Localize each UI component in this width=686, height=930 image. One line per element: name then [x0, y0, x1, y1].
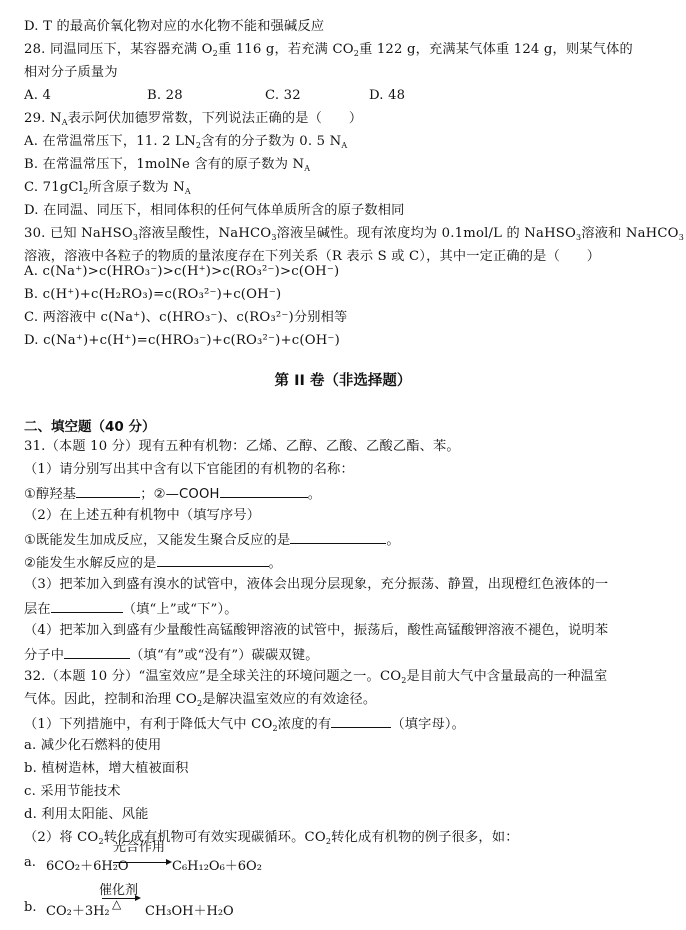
q32-text: 是目前大气中含量最高的一种温室	[407, 669, 608, 684]
q31-blank-4[interactable]	[157, 553, 269, 567]
q32-text: 是解决温室效应的有效途径。	[202, 692, 376, 707]
q28-stem-line1: 28. 同温同压下，某容器充满 O2重 116 g，若充满 CO2重 122 g…	[24, 41, 633, 59]
q31-part4-line2: 分子中（填“有”或“没有”）碳碳双键。	[24, 645, 319, 665]
q31-part2-1: ①既能发生加成反应，又能发生聚合反应的是。	[24, 530, 400, 550]
q31-part2-2: ②能发生水解反应的是。	[24, 553, 282, 573]
q31-stem: 31.（本题 10 分）现有五种有机物：乙烯、乙醇、乙酸、乙酸乙酯、苯。	[24, 438, 460, 456]
q29-c-text: C. 71gCl	[24, 180, 83, 195]
q31-part3-line2: 层在（填“上”或“下”）。	[24, 599, 238, 619]
reaction-a-reactants: 6CO₂＋6H₂O	[46, 855, 129, 874]
q29-a-text: 含有的分子数为 0. 5 N	[201, 134, 341, 149]
q30-option-b: B. c(H⁺)+c(H₂RO₃)=c(RO₃²⁻)+c(OH⁻)	[24, 286, 281, 304]
reaction-a-label: a.	[24, 855, 36, 870]
q31-blank-6[interactable]	[64, 645, 130, 659]
q29-text: 表示阿伏加德罗常数，下列说法正确的是（ ）	[68, 111, 363, 126]
q31-item2-label: ②—COOH	[154, 487, 220, 502]
q32-text: 气体。因此，控制和治理 CO	[24, 692, 197, 707]
reaction-b-products: CH₃OH＋H₂O	[145, 900, 234, 919]
q31-p3-text: （填“上”或“下”）。	[123, 602, 238, 617]
q31-p2-2-text: ②能发生水解反应的是	[24, 556, 157, 571]
q29-stem: 29. NA表示阿伏加德罗常数，下列说法正确的是（ ）	[24, 110, 362, 128]
q32-part2: （2）将 CO2转化成有机物可有效实现碳循环。CO2转化成有机物的例子很多，如：	[24, 829, 519, 847]
reaction-arrow-a	[113, 862, 168, 863]
q32-part1: （1）下列措施中，有利于降低大气中 CO2浓度的有（填字母）。	[24, 714, 465, 734]
q31-part4-line1: （4）把苯加入到盛有少量酸性高锰酸钾溶液的试管中，振荡后，酸性高锰酸钾溶液不褪色…	[24, 622, 608, 640]
q28-option-d: D. 48	[369, 87, 405, 105]
q28-options: A. 4B. 28C. 32D. 48	[24, 87, 405, 105]
q32-option-d: d. 利用太阳能、风能	[24, 806, 149, 824]
arrow-head-icon	[135, 895, 141, 901]
q30-text: 溶液和 NaHCO	[581, 226, 678, 241]
period: 。	[386, 533, 399, 548]
q31-p4-text: 分子中	[24, 648, 64, 663]
q30-stem-line1: 30. 已知 NaHSO3溶液呈酸性，NaHCO3溶液呈碱性。现有浓度均为 0.…	[24, 225, 684, 243]
q29-c-text: 所含原子数为 N	[88, 180, 184, 195]
q32-p1-text: 浓度的有	[278, 717, 332, 732]
q32-stem-line2: 气体。因此，控制和治理 CO2是解决温室效应的有效途径。	[24, 691, 376, 709]
q32-blank-1[interactable]	[331, 714, 391, 728]
q28-option-c: C. 32	[265, 87, 369, 105]
q31-blank-3[interactable]	[290, 530, 386, 544]
q29-a-sub: A	[341, 141, 347, 150]
q31-blank-1[interactable]	[76, 484, 140, 498]
reaction-a-condition: 光合作用	[113, 836, 165, 855]
q32-option-c: c. 采用节能技术	[24, 783, 121, 801]
q31-part1-items: ①醇羟基；②—COOH。	[24, 484, 321, 504]
q32-p1-text: （1）下列措施中，有利于降低大气中 CO	[24, 717, 272, 732]
q29-text: 29. N	[24, 111, 62, 126]
q28-text-b: 重 116 g，若充满 CO	[218, 42, 354, 57]
q31-item1-label: ①醇羟基	[24, 487, 76, 502]
q29-option-a: A. 在常温常压下，11. 2 LN2含有的分子数为 0. 5 NA	[24, 133, 347, 151]
q29-option-b: B. 在常温常压下，1molNe 含有的原子数为 NA	[24, 156, 310, 174]
q31-p4-text: （填“有”或“没有”）碳碳双键。	[130, 648, 318, 663]
q30-text: 溶液呈酸性，NaHCO	[138, 226, 271, 241]
q30-text: 30. 已知 NaHSO	[24, 226, 133, 241]
reaction-b-condition-top: 催化剂	[99, 879, 138, 898]
q30-option-a: A. c(Na⁺)>c(HRO₃⁻)>c(H⁺)>c(RO₃²⁻)>c(OH⁻)	[24, 263, 339, 281]
q30-option-d: D. c(Na⁺)+c(H⁺)=c(HRO₃⁻)+c(RO₃²⁻)+c(OH⁻)	[24, 332, 340, 350]
q32-p2-text: 转化成有机物的例子很多，如：	[331, 830, 518, 845]
q29-c-sub: A	[185, 187, 191, 196]
q29-option-c: C. 71gCl2所含原子数为 NA	[24, 179, 191, 197]
q31-part2: （2）在上述五种有机物中（填写序号）	[24, 507, 260, 525]
q30-sub: 3	[679, 233, 684, 242]
q30-option-c: C. 两溶液中 c(Na⁺)、c(HRO₃⁻)、c(RO₃²⁻)分别相等	[24, 309, 347, 327]
q28-text-c: 重 122 g，充满某气体重 124 g，则某气体的	[359, 42, 633, 57]
q32-stem-line1: 32.（本题 10 分）“温室效应”是全球关注的环境问题之一。CO2是目前大气中…	[24, 668, 607, 686]
q28-stem-line2: 相对分子质量为	[24, 64, 118, 82]
q28-text-a: 28. 同温同压下，某容器充满 O	[24, 42, 213, 57]
q27-option-d: D. T 的最高价氧化物对应的水化物不能和强碱反应	[24, 18, 324, 36]
q32-p2-text: （2）将 CO	[24, 830, 98, 845]
reaction-b-label: b.	[24, 900, 36, 915]
q31-p2-1-text: ①既能发生加成反应，又能发生聚合反应的是	[24, 533, 290, 548]
q32-p1-text: （填字母）。	[391, 717, 465, 732]
q32-option-a: a. 减少化石燃料的使用	[24, 737, 161, 755]
q31-blank-5[interactable]	[51, 599, 123, 613]
q31-p3-text: 层在	[24, 602, 51, 617]
period: 。	[308, 487, 321, 502]
heat-triangle-icon: △	[112, 897, 121, 911]
q29-a-text: A. 在常温常压下，11. 2 LN	[24, 134, 196, 149]
q30-text: 溶液呈碱性。现有浓度均为 0.1mol/L 的 NaHSO	[277, 226, 576, 241]
q32-option-b: b. 植树造林，增大植被面积	[24, 760, 189, 778]
section2-title: 二、填空题（40 分）	[24, 418, 156, 436]
reaction-a-products: C₆H₁₂O₆＋6O₂	[172, 855, 262, 874]
q29-b-sub: A	[304, 164, 310, 173]
q29-option-d: D. 在同温、同压下，相同体积的任何气体单质所含的原子数相同	[24, 202, 405, 220]
q31-part1: （1）请分别写出其中含有以下官能团的有机物的名称：	[24, 461, 354, 479]
q28-option-a: A. 4	[24, 87, 147, 105]
q32-text: 32.（本题 10 分）“温室效应”是全球关注的环境问题之一。CO	[24, 669, 401, 684]
period: 。	[269, 556, 282, 571]
q31-blank-2[interactable]	[220, 484, 308, 498]
q31-part3-line1: （3）把苯加入到盛有溴水的试管中，液体会出现分层现象，充分振荡、静置，出现橙红色…	[24, 576, 608, 594]
part2-heading: 第 II 卷（非选择题）	[0, 371, 686, 391]
reaction-b-reactants: CO₂＋3H₂	[46, 900, 110, 919]
separator: ；	[140, 487, 153, 502]
q28-option-b: B. 28	[147, 87, 265, 105]
q29-b-text: B. 在常温常压下，1molNe 含有的原子数为 N	[24, 157, 304, 172]
